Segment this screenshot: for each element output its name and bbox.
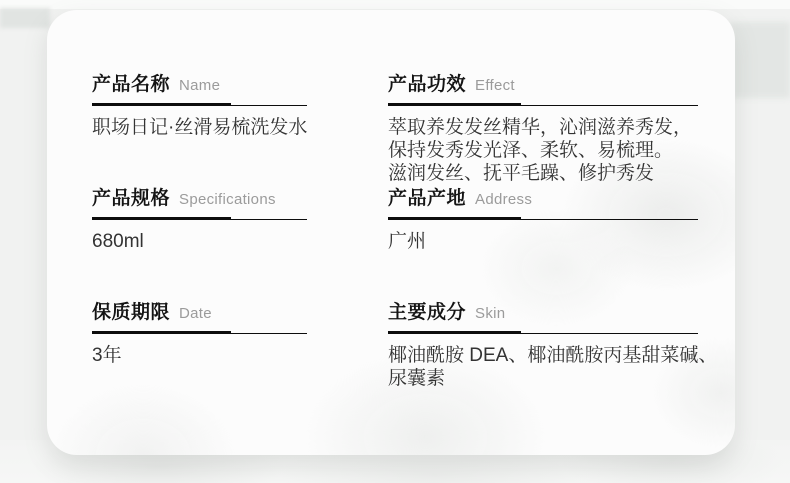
section-shelf-life: 保质期限 Date 3年 (92, 301, 307, 367)
section-title-en: Date (179, 305, 212, 322)
divider-line (92, 217, 307, 220)
section-title-zh: 产品功效 (388, 73, 466, 96)
section-title-en: Effect (475, 77, 515, 94)
background-decor (0, 0, 790, 9)
section-value: 广州 (388, 230, 698, 253)
divider-line (388, 217, 698, 220)
section-product-address: 产品产地 Address 广州 (388, 187, 698, 253)
section-title-zh: 主要成分 (388, 301, 466, 324)
value-line: 680ml (92, 230, 307, 253)
divider-thick-segment (388, 331, 521, 334)
section-title-zh: 产品规格 (92, 187, 170, 210)
divider-line (92, 103, 307, 106)
divider-line (388, 103, 698, 106)
section-title-en: Skin (475, 305, 505, 322)
section-title-en: Specifications (179, 191, 276, 208)
value-line: 保持发秀发光泽、柔软、易梳理。 (388, 139, 698, 162)
section-heading: 产品名称 Name (92, 73, 307, 96)
section-heading: 产品产地 Address (388, 187, 698, 210)
section-title-zh: 产品名称 (92, 73, 170, 96)
section-title-zh: 产品产地 (388, 187, 466, 210)
section-value: 职场日记·丝滑易梳洗发水 (92, 116, 307, 139)
value-line: 萃取养发发丝精华，沁润滋养秀发， (388, 116, 698, 139)
value-line: 3年 (92, 344, 307, 367)
value-line: 滋润发丝、抚平毛躁、修护秀发 (388, 162, 698, 185)
value-line: 职场日记·丝滑易梳洗发水 (92, 116, 307, 139)
section-title-zh: 保质期限 (92, 301, 170, 324)
section-main-ingredients: 主要成分 Skin 椰油酰胺 DEA、椰油酰胺丙基甜菜碱、 尿囊素 (388, 301, 717, 390)
divider-line (388, 331, 698, 334)
section-value: 椰油酰胺 DEA、椰油酰胺丙基甜菜碱、 尿囊素 (388, 344, 717, 390)
section-value: 680ml (92, 230, 307, 253)
divider-thin-segment (521, 219, 698, 220)
section-heading: 主要成分 Skin (388, 301, 717, 324)
divider-thin-segment (231, 219, 307, 220)
value-line: 广州 (388, 230, 698, 253)
section-heading: 保质期限 Date (92, 301, 307, 324)
divider-thin-segment (231, 333, 307, 334)
section-product-specifications: 产品规格 Specifications 680ml (92, 187, 307, 253)
divider-thick-segment (92, 331, 231, 334)
divider-thin-segment (521, 333, 698, 334)
section-title-en: Address (475, 191, 532, 208)
section-heading: 产品规格 Specifications (92, 187, 307, 210)
divider-thick-segment (92, 217, 231, 220)
section-title-en: Name (179, 77, 220, 94)
value-line: 尿囊素 (388, 367, 717, 390)
section-product-effect: 产品功效 Effect 萃取养发发丝精华，沁润滋养秀发， 保持发秀发光泽、柔软、… (388, 73, 698, 185)
divider-thin-segment (231, 105, 307, 106)
divider-thick-segment (388, 103, 521, 106)
section-product-name: 产品名称 Name 职场日记·丝滑易梳洗发水 (92, 73, 307, 139)
section-value: 萃取养发发丝精华，沁润滋养秀发， 保持发秀发光泽、柔软、易梳理。 滋润发丝、抚平… (388, 116, 698, 185)
product-info-card: 产品名称 Name 职场日记·丝滑易梳洗发水 产品功效 Effect 萃取养发发… (47, 10, 735, 455)
divider-thick-segment (388, 217, 521, 220)
section-value: 3年 (92, 344, 307, 367)
background-decor (0, 8, 50, 28)
background-decor (730, 22, 790, 98)
divider-thick-segment (92, 103, 231, 106)
section-heading: 产品功效 Effect (388, 73, 698, 96)
divider-thin-segment (521, 105, 698, 106)
divider-line (92, 331, 307, 334)
product-info-page: 产品名称 Name 职场日记·丝滑易梳洗发水 产品功效 Effect 萃取养发发… (0, 0, 790, 483)
value-line: 椰油酰胺 DEA、椰油酰胺丙基甜菜碱、 (388, 344, 717, 367)
